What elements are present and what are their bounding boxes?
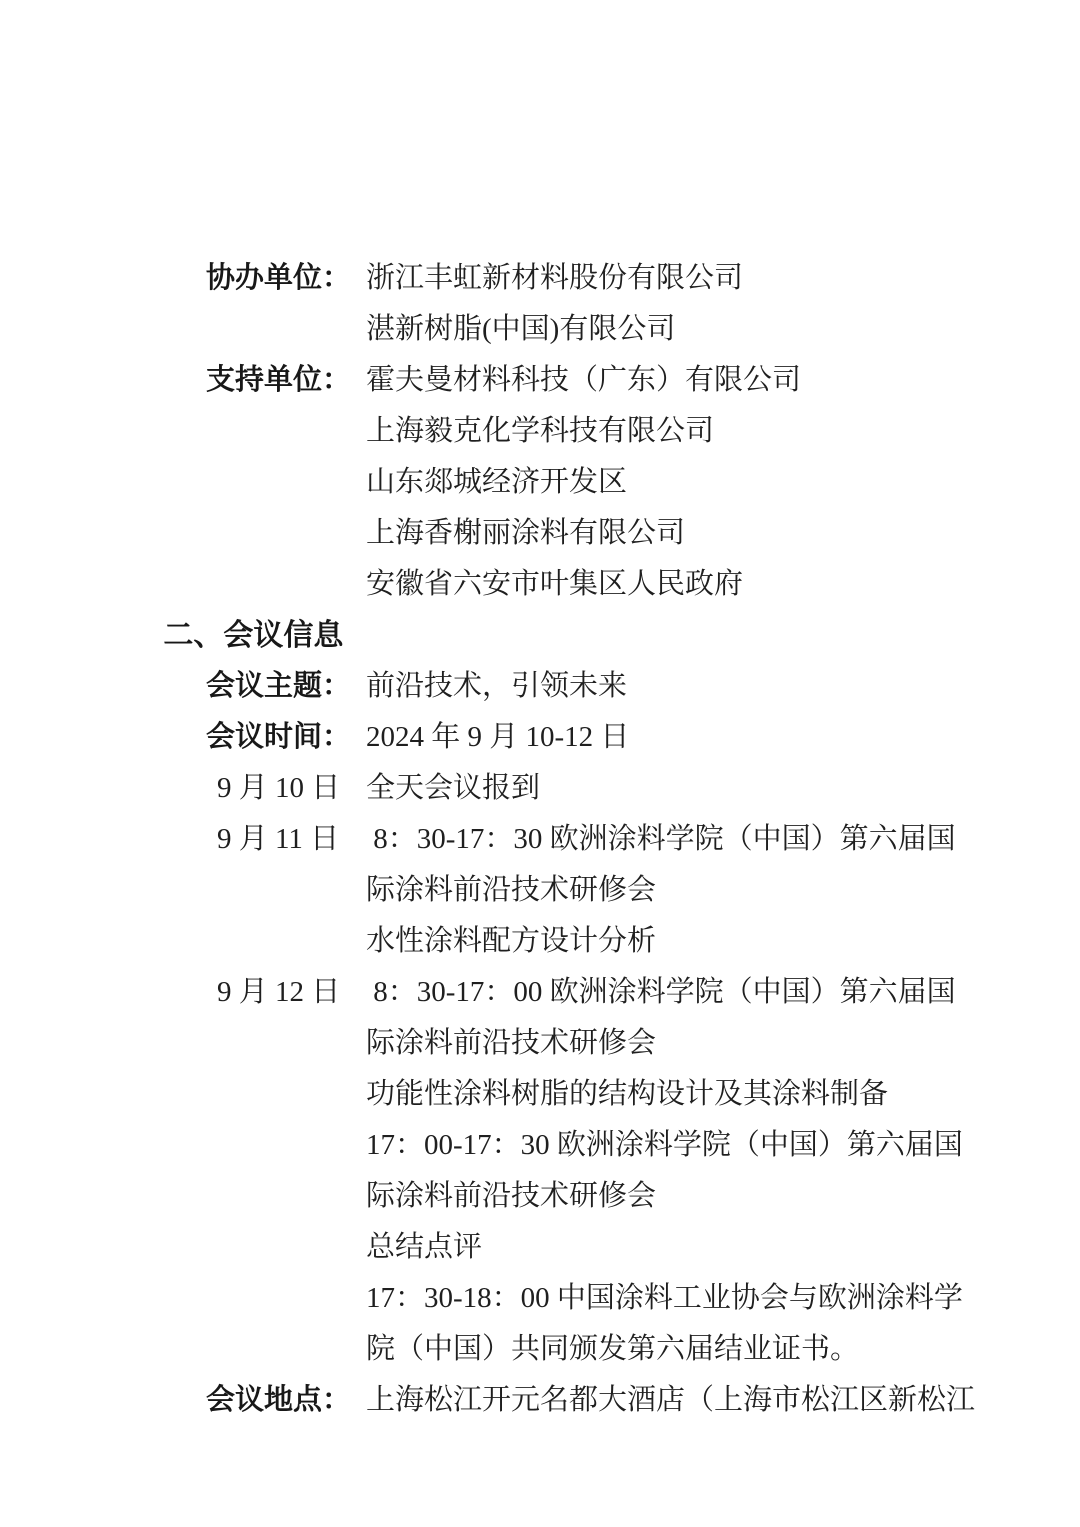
field-label: 会议主题： [206, 661, 366, 712]
schedule-text: 17：30-18：00 中国涂料工业协会与欧洲涂料学 [366, 1282, 963, 1314]
field-value: 上海香榭丽涂料有限公司 [366, 517, 685, 549]
schedule-text: 8：30-17：30 欧洲涂料学院（中国）第六届国 [366, 823, 956, 855]
field-label: 支持单位： [206, 355, 366, 406]
field-value: 前沿技术，引领未来 [366, 670, 627, 702]
schedule-text: 际涂料前沿技术研修会 [366, 874, 656, 906]
field-value: 上海松江开元名都大酒店（上海市松江区新松江 [366, 1384, 975, 1416]
schedule-text: 总结点评 [366, 1231, 482, 1263]
schedule-text: 功能性涂料树脂的结构设计及其涂料制备 [366, 1078, 888, 1110]
schedule-text: 17：00-17：30 欧洲涂料学院（中国）第六届国 [366, 1129, 963, 1161]
field-label: 协办单位： [206, 253, 366, 304]
schedule-date: 9 月 11 日 [217, 814, 366, 865]
field-value: 上海毅克化学科技有限公司 [366, 415, 714, 447]
schedule-text: 院（中国）共同颁发第六届结业证书。 [366, 1333, 859, 1365]
schedule-date: 9 月 10 日 [217, 763, 366, 814]
field-value: 山东郯城经济开发区 [366, 466, 627, 498]
field-value: 2024 年 9 月 10-12 日 [366, 721, 629, 753]
schedule-text: 际涂料前沿技术研修会 [366, 1027, 656, 1059]
field-co-organizer: 协办单位：浙江丰虹新材料股份有限公司 [0, 202, 1080, 253]
scanned-document-page: 协办单位：浙江丰虹新材料股份有限公司 湛新树脂(中国)有限公司 支持单位：霍夫曼… [0, 0, 1080, 1527]
field-value: 霍夫曼材料科技（广东）有限公司 [366, 364, 801, 396]
schedule-text: 水性涂料配方设计分析 [366, 925, 656, 957]
schedule-text-continued: 17：30-18：00 中国涂料工业协会与欧洲涂料学 [0, 1222, 1080, 1273]
field-label: 会议时间： [206, 712, 366, 763]
field-value: 湛新树脂(中国)有限公司 [366, 313, 675, 345]
schedule-text: 全天会议报到 [366, 772, 540, 804]
field-value: 浙江丰虹新材料股份有限公司 [366, 262, 743, 294]
field-value: 安徽省六安市叶集区人民政府 [366, 568, 743, 600]
schedule-text: 际涂料前沿技术研修会 [366, 1180, 656, 1212]
field-label: 会议地点： [206, 1375, 366, 1426]
section-heading-text: 二、会议信息 [163, 619, 343, 652]
schedule-date: 9 月 12 日 [217, 967, 366, 1018]
schedule-text: 8：30-17：00 欧洲涂料学院（中国）第六届国 [366, 976, 956, 1008]
